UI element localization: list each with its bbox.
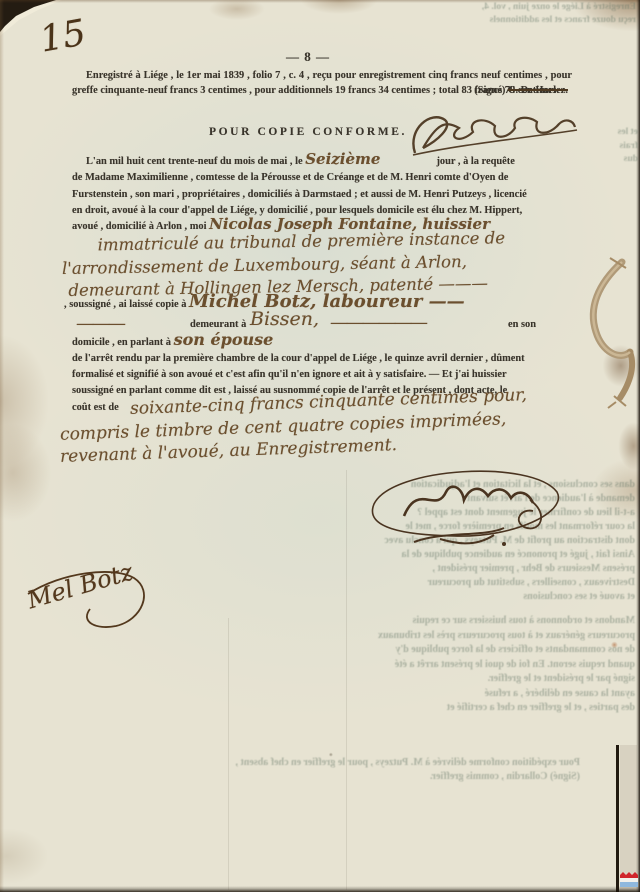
closing-line: formalisé et signifié à son avoué et c'e… xyxy=(72,367,577,383)
ink-dash: ——— xyxy=(76,313,124,334)
registration-paragraph: Enregistré à Liége , le 1er mai 1839 , f… xyxy=(72,69,572,98)
top-edge-shadow xyxy=(0,0,640,3)
service-text: , soussigné , ai laissé copie à xyxy=(64,299,189,310)
conforme-signature-flourish xyxy=(405,107,583,161)
body-text: avoué , domicilié à Arlon , moi xyxy=(72,221,207,232)
body-paragraph: L'an mil huit cent trente-neuf du mois d… xyxy=(72,154,577,235)
bleedthrough-line: Destriveaux , conseillers , substitut du… xyxy=(215,576,635,590)
service-text: en son xyxy=(508,319,536,330)
body-text: L'an mil huit cent trente-neuf du mois d… xyxy=(86,156,303,167)
service-line: domicile , en parlant à son épouse xyxy=(72,335,273,348)
bleedthrough-line: signé par le président et le greffier. xyxy=(215,672,635,687)
bleedthrough-line: présens Messieurs de Behr , premier prés… xyxy=(215,562,635,576)
bleedthrough-line: quand requis seront. En foi de quoi le p… xyxy=(215,658,635,673)
handwritten-spoken-to: son épouse xyxy=(174,330,274,349)
body-line: L'an mil huit cent trente-neuf du mois d… xyxy=(72,154,577,170)
signed-label: (Signé) C. De Harlez. xyxy=(474,84,568,99)
bleedthrough-line: Pour expédition conforme délivrée à M. P… xyxy=(55,756,580,770)
body-text: jour , à la requête xyxy=(436,156,514,167)
body-line: Furstenstein , son mari , propriétaires … xyxy=(72,187,577,203)
body-line: de Madame Maximilienne , comtesse de la … xyxy=(72,170,577,186)
ink-dash: —————— xyxy=(330,312,426,333)
service-text: domicile , en parlant à xyxy=(72,337,174,348)
bleedthrough-line: Mandons et ordonnons à tous huissiers su… xyxy=(215,614,635,629)
signed-name-struck: C. De Harlez. xyxy=(508,85,568,96)
bottom-edge-shadow xyxy=(0,886,640,892)
bleedthrough-line: de nos commandants et officiers de la fo… xyxy=(215,643,635,658)
binding-thread xyxy=(580,256,640,410)
handwritten-recipient: Michel Botz, laboureur —— xyxy=(189,291,465,312)
scanned-document-page: Enregistré à Liége le onze juin , vol. 4… xyxy=(0,0,640,892)
archive-logo-icon xyxy=(620,869,638,888)
bleedthrough-text: Enregistré à Liége le onze juin , vol. 4… xyxy=(380,1,636,27)
handwritten-place: Bissen, xyxy=(250,308,319,330)
signed-prefix: (Signé) xyxy=(474,85,508,96)
bleedthrough-line: des parties , et le greffier en chef a c… xyxy=(215,701,635,716)
bleedthrough-line: ayant la cause en délibéré , a refusé xyxy=(215,687,635,702)
bleedthrough-line: reçu douze francs et les additionnels xyxy=(380,14,636,27)
page-number: — 8 — xyxy=(0,49,616,65)
service-text: demeurant à xyxy=(190,319,246,330)
closing-line: de l'arrêt rendu par la première chambre… xyxy=(72,351,577,367)
bleedthrough-line: procureurs généraux et à tous procureurs… xyxy=(215,629,635,644)
bleedthrough-line: (Signé) Collardin , commis greffier. xyxy=(55,770,580,784)
fold-line xyxy=(228,618,229,890)
fold-line xyxy=(346,470,347,890)
right-edge-shadow xyxy=(636,0,640,892)
bleedthrough-line: et avoué et ses conclusions xyxy=(215,590,635,604)
bleedthrough-text: Pour expédition conforme délivrée à M. P… xyxy=(55,756,580,784)
page-edge-line xyxy=(616,745,619,892)
bailiff-signature-flourish xyxy=(352,458,574,560)
bleedthrough-text: Mandons et ordonnons à tous huissiers su… xyxy=(215,614,635,716)
handwritten-word-date: Seizième xyxy=(305,150,380,168)
margin-note-flourish xyxy=(20,560,170,655)
